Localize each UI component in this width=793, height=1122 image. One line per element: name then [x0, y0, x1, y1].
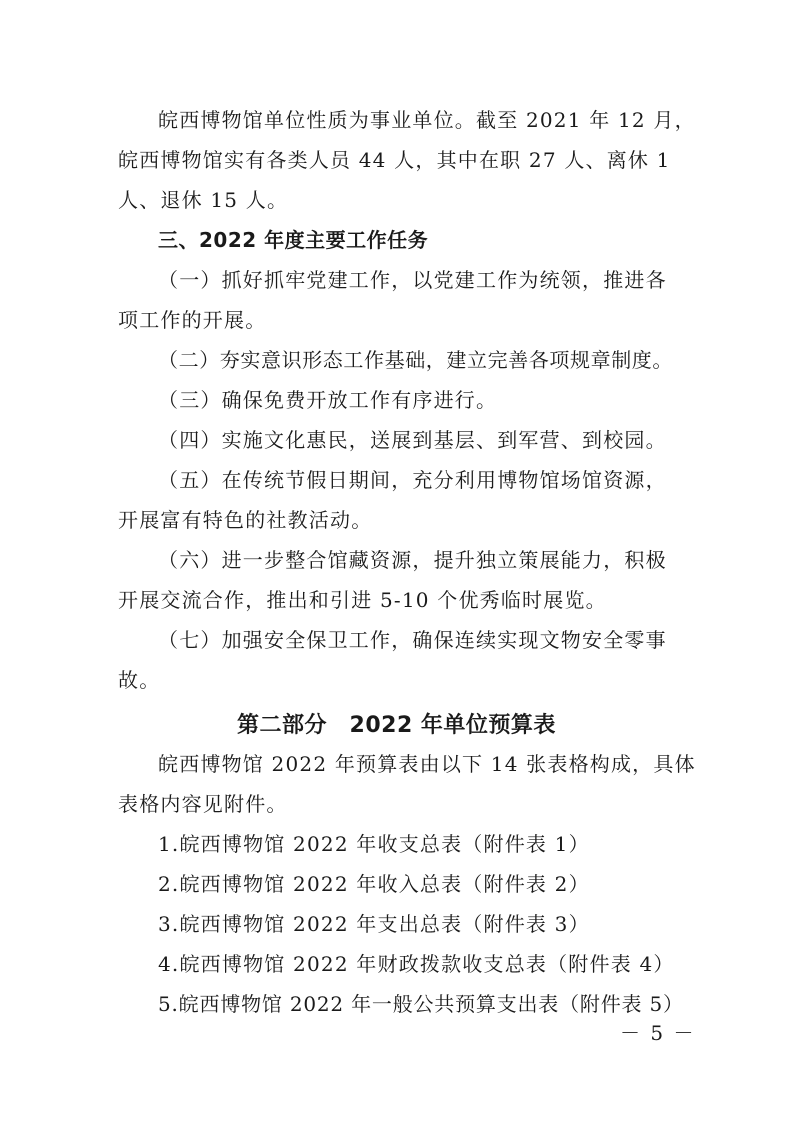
table-list-item-2: 2.皖西博物馆 2022 年收入总表（附件表 2）	[158, 872, 590, 896]
table-list-item-3: 3.皖西博物馆 2022 年支出总表（附件表 3）	[158, 912, 590, 936]
task-7-line-1: （七）加强安全保卫工作，确保连续实现文物安全零事	[158, 628, 667, 652]
task-2-line-1: （二）夯实意识形态工作基础，建立完善各项规章制度。	[158, 348, 673, 372]
task-6-line-2: 开展交流合作，推出和引进 5-10 个优秀临时展览。	[118, 588, 607, 612]
intro-line-1: 皖西博物馆单位性质为事业单位。截至 2021 年 12 月，	[158, 108, 696, 132]
task-4-line-1: （四）实施文化惠民，送展到基层、到军营、到校园。	[158, 428, 667, 452]
document-page: 皖西博物馆单位性质为事业单位。截至 2021 年 12 月， 皖西博物馆实有各类…	[0, 0, 793, 1122]
task-5-line-1: （五）在传统节假日期间，充分利用博物馆场馆资源，	[158, 468, 667, 492]
page-number: － 5 －	[620, 1017, 695, 1046]
task-7-line-2: 故。	[118, 668, 160, 692]
task-6-line-1: （六）进一步整合馆藏资源，提升独立策展能力，积极	[158, 548, 667, 572]
table-list-item-4: 4.皖西博物馆 2022 年财政拨款收支总表（附件表 4）	[158, 952, 675, 976]
section-three-heading: 三、2022 年度主要工作任务	[158, 228, 428, 252]
table-list-item-5: 5.皖西博物馆 2022 年一般公共预算支出表（附件表 5）	[158, 992, 684, 1016]
intro-line-3: 人、退休 15 人。	[118, 188, 288, 212]
part-two-intro-line-1: 皖西博物馆 2022 年预算表由以下 14 张表格构成，具体	[158, 752, 696, 776]
table-list-item-1: 1.皖西博物馆 2022 年收支总表（附件表 1）	[158, 832, 590, 856]
intro-line-2: 皖西博物馆实有各类人员 44 人，其中在职 27 人、离休 1	[118, 148, 671, 172]
task-3-line-1: （三）确保免费开放工作有序进行。	[158, 388, 497, 412]
task-1-line-2: 项工作的开展。	[118, 308, 266, 332]
part-two-title: 第二部分 2022 年单位预算表	[0, 712, 793, 740]
task-5-line-2: 开展富有特色的社教活动。	[118, 508, 372, 532]
part-two-intro-line-2: 表格内容见附件。	[118, 792, 288, 816]
task-1-line-1: （一）抓好抓牢党建工作，以党建工作为统领，推进各	[158, 268, 667, 292]
